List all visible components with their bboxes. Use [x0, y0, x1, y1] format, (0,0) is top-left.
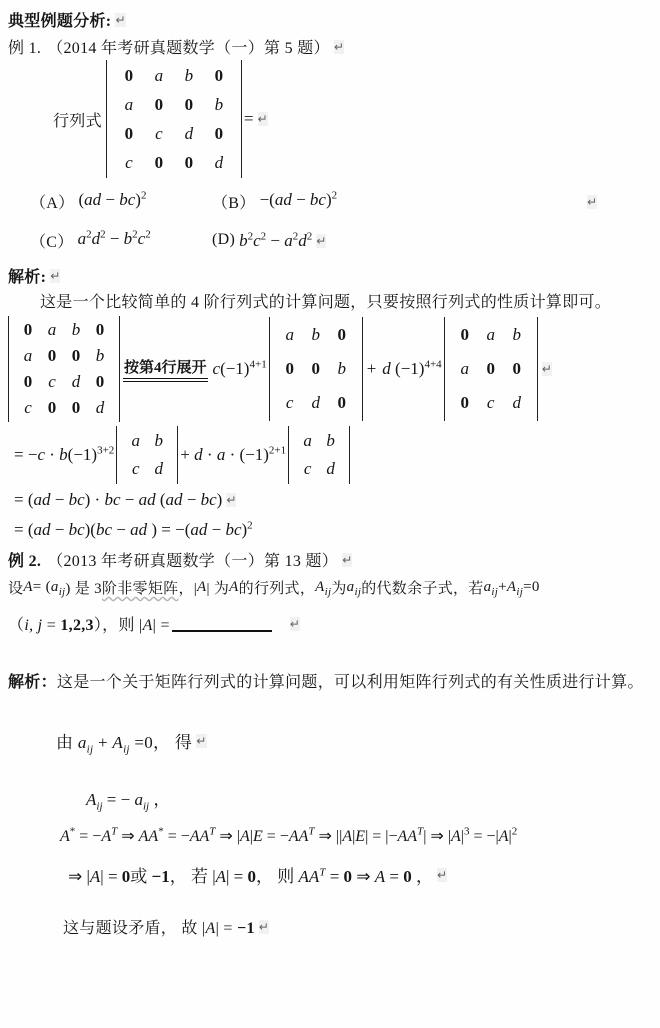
- paragraph-mark-icon: ↵: [115, 13, 125, 27]
- example1-heading: 例 1. （2014 年考研真题数学（一）第 5 题） ↵: [8, 35, 652, 58]
- analysis2-text: 这是一个关于矩阵行列式的计算问题，可以利用矩阵行列式的有关性质进行计算。: [57, 669, 644, 692]
- document-page: 典型例题分析: ↵ 例 1. （2014 年考研真题数学（一）第 5 题） ↵ …: [0, 0, 660, 1028]
- problem2-statement-line2: （i, j = 1,2,3），则 |A| = ↵: [8, 612, 652, 635]
- analysis1-heading: 解析: ↵: [8, 264, 652, 287]
- option-a-formula: (ad − bc)2: [78, 190, 146, 210]
- expand-by-row4-annotation: 按第4行展开: [123, 356, 208, 382]
- analysis1-label: 解析:: [8, 264, 46, 287]
- result-line-1: = (ad − bc) · bc − ad (ad − bc) ↵: [14, 490, 652, 510]
- solution-step-4: ⇒ |A| = 0或 −1， 若 |A| = 0， 则 AAT = 0 ⇒ A …: [68, 862, 652, 887]
- paragraph-mark-icon: ↵: [587, 195, 597, 209]
- answer-blank-underline: [172, 615, 272, 632]
- determinant-2x2-a: abcd: [116, 426, 178, 484]
- plus-sign: +: [367, 359, 377, 379]
- paragraph-mark-icon: ↵: [542, 362, 552, 376]
- problem2-statement-line2-text: （i, j = 1,2,3），则 |A| =: [8, 612, 170, 635]
- cofactor-seg1: = −c · b(−1)3+2: [14, 445, 114, 465]
- option-d-formula: b2c2 − a2d2: [239, 231, 312, 251]
- paragraph-mark-icon: ↵: [316, 234, 326, 248]
- determinant-3x3-b: 0aba000cd: [444, 317, 538, 421]
- result-formula-2: = (ad − bc)(bc − ad ) = −(ad − bc)2: [14, 520, 253, 540]
- solution-step-3-formula: A* = −AT ⇒ AA* = −AAT ⇒ |A|E = −AAT ⇒ ||…: [60, 826, 517, 846]
- solution-step-3: A* = −AT ⇒ AA* = −AAT ⇒ |A|E = −AAT ⇒ ||…: [60, 826, 652, 846]
- example1-number: 例 1.: [8, 35, 41, 58]
- paragraph-mark-icon: ↵: [258, 112, 268, 126]
- cofactor-seg2: + d · a · (−1)2+1: [180, 445, 286, 465]
- example2-heading: 例 2. （2013 年考研真题数学（一）第 13 题） ↵: [8, 548, 652, 571]
- matrix-3x3-a: ab000bcd0: [269, 317, 363, 421]
- result-formula-1: = (ad − bc) · bc − ad (ad − bc): [14, 490, 222, 510]
- matrix-3x3-b: 0aba000cd: [444, 317, 538, 421]
- matrix-2x2-b: abcd: [288, 426, 350, 484]
- option-d-label: (D): [212, 231, 235, 249]
- determinant-4x4: 0ab0a00b0cd0c00d: [106, 60, 242, 178]
- matrix-2x2-a: abcd: [116, 426, 178, 484]
- solution-step-1: 由 aij + Aij =0， 得 ↵: [56, 728, 652, 753]
- matrix-4x4: 0ab0a00b0cd0c00d: [106, 60, 242, 178]
- term1-coefficient: c(−1)4+1: [213, 359, 267, 379]
- paragraph-mark-icon: ↵: [290, 617, 300, 631]
- option-c: （C） a2d2 − b2c2: [30, 229, 212, 252]
- paragraph-mark-icon: ↵: [196, 734, 206, 748]
- option-c-label: （C）: [30, 229, 74, 252]
- solution-step-1-text: 由 aij + Aij =0， 得: [56, 728, 192, 753]
- term2-coefficient: d (−1)4+4: [382, 359, 441, 379]
- analysis1-text: 这是一个比较简单的 4 阶行列式的计算问题，只要按照行列式的性质计算即可。: [8, 289, 652, 312]
- paragraph-mark-icon: ↵: [437, 868, 447, 882]
- paragraph-mark-icon: ↵: [259, 920, 269, 934]
- determinant-4x4: 0ab0a00b0cd0c00d: [8, 316, 120, 422]
- equals-sign: =: [244, 109, 254, 129]
- option-b-label: （B）: [212, 190, 256, 213]
- solution-conclusion: 这与题设矛盾， 故 |A| = −1 ↵: [63, 915, 652, 938]
- determinant-2x2-b: abcd: [288, 426, 350, 484]
- section-title-line: 典型例题分析: ↵: [8, 8, 652, 31]
- determinant-statement: 行列式 0ab0a00b0cd0c00d = ↵: [53, 60, 652, 178]
- option-a: （A） (ad − bc)2: [30, 190, 212, 213]
- expansion-line: 0ab0a00b0cd0c00d 按第4行展开 c(−1)4+1 ab000bc…: [8, 316, 652, 422]
- solution-step-2-formula: Aij = − aij ，: [86, 785, 170, 810]
- determinant-3x3-a: ab000bcd0: [269, 317, 363, 421]
- paragraph-mark-icon: ↵: [342, 553, 352, 567]
- example2-source: （2013 年考研真题数学（一）第 13 题）: [47, 548, 338, 571]
- option-b-formula: −(ad − bc)2: [260, 190, 338, 210]
- problem2-statement-line1: 设 A = (aij) 是 3 阶非零矩阵，|A| 为 A 的行列式， Aij …: [8, 577, 652, 598]
- option-c-formula: a2d2 − b2c2: [78, 229, 151, 249]
- paragraph-mark-icon: ↵: [50, 269, 60, 283]
- result-line-2: = (ad − bc)(bc − ad ) = −(ad − bc)2: [14, 520, 652, 540]
- paragraph-mark-icon: ↵: [226, 493, 236, 507]
- section-title: 典型例题分析:: [8, 8, 111, 31]
- determinant-label: 行列式: [53, 108, 102, 131]
- solution-conclusion-text: 这与题设矛盾， 故 |A| = −1: [63, 915, 255, 938]
- analysis2-line: 解析： 这是一个关于矩阵行列式的计算问题，可以利用矩阵行列式的有关性质进行计算。: [8, 669, 652, 692]
- options-row-2: （C） a2d2 − b2c2 (D) b2c2 − a2d2 ↵: [8, 229, 652, 252]
- paragraph-mark-icon: ↵: [334, 40, 344, 54]
- analysis2-label: 解析：: [8, 669, 57, 692]
- matrix-4x4: 0ab0a00b0cd0c00d: [8, 316, 120, 422]
- cofactor-line: = −c · b(−1)3+2 abcd + d · a · (−1)2+1 a…: [12, 426, 652, 484]
- option-a-label: （A）: [30, 190, 74, 213]
- options-row-1: （A） (ad − bc)2 （B） −(ad − bc)2 ↵: [8, 190, 652, 213]
- option-d: (D) b2c2 − a2d2: [212, 231, 312, 251]
- example1-source: （2014 年考研真题数学（一）第 5 题）: [47, 35, 330, 58]
- example2-number: 例 2.: [8, 548, 41, 571]
- option-b: （B） −(ad − bc)2: [212, 190, 337, 213]
- solution-step-4-formula: ⇒ |A| = 0或 −1， 若 |A| = 0， 则 AAT = 0 ⇒ A …: [68, 862, 433, 887]
- solution-step-2: Aij = − aij ，: [86, 785, 652, 810]
